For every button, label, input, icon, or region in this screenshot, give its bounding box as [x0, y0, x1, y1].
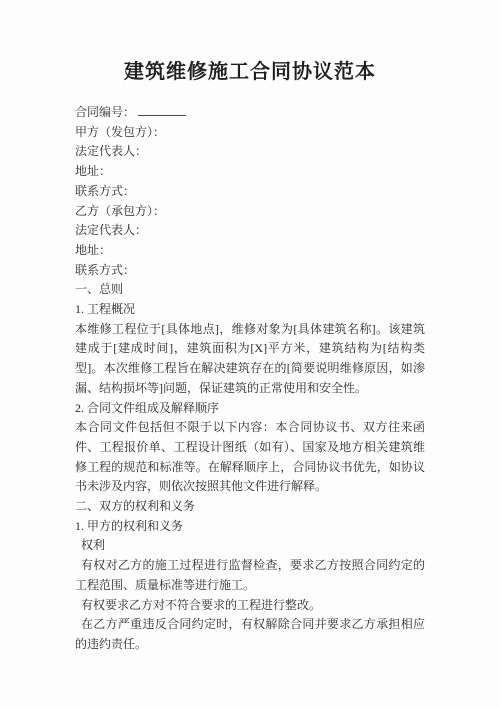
- document-title: 建筑维修施工合同协议范本: [75, 58, 425, 86]
- contract-number-row: 合同编号：: [75, 103, 425, 123]
- party-a-legal-representative-label: 法定代表人：: [75, 142, 425, 162]
- party-b-address-label: 地址：: [75, 241, 425, 261]
- party-a-contact-label: 联系方式：: [75, 182, 425, 202]
- right-item-rectification: 有权要求乙方对不符合要求的工程进行整改。: [75, 596, 425, 616]
- right-item-supervision: 有权对乙方的施工过程进行监督检查，要求乙方按照合同约定的工程范围、质量标准等进行…: [75, 556, 425, 595]
- section-rights-heading: 二、双方的权利和义务: [75, 497, 425, 517]
- clause-party-a-rights-heading: 1. 甲方的权利和义务: [75, 517, 425, 537]
- party-a-address-label: 地址：: [75, 162, 425, 182]
- party-b-label: 乙方（承包方）：: [75, 202, 425, 222]
- clause-project-overview-heading: 1. 工程概况: [75, 300, 425, 320]
- clause-contract-documents-heading: 2. 合同文件组成及解释顺序: [75, 399, 425, 419]
- section-general-heading: 一、总则: [75, 280, 425, 300]
- rights-subheading: 权利: [75, 536, 425, 556]
- contract-number-label: 合同编号：: [75, 105, 135, 119]
- right-item-termination: 在乙方严重违反合同约定时，有权解除合同并要求乙方承担相应的违约责任。: [75, 615, 425, 654]
- contract-number-blank-field: [138, 103, 186, 116]
- party-a-label: 甲方（发包方）：: [75, 123, 425, 143]
- contract-document-page: 建筑维修施工合同协议范本 合同编号： 甲方（发包方）： 法定代表人： 地址： 联…: [0, 0, 500, 707]
- party-b-legal-representative-label: 法定代表人：: [75, 221, 425, 241]
- clause-contract-documents-body: 本合同文件包括但不限于以下内容：本合同协议书、双方往来函件、工程报价单、工程设计…: [75, 418, 425, 497]
- party-b-contact-label: 联系方式：: [75, 261, 425, 281]
- clause-project-overview-body: 本维修工程位于[具体地点]，维修对象为[具体建筑名称]。该建筑建成于[建成时间]…: [75, 320, 425, 399]
